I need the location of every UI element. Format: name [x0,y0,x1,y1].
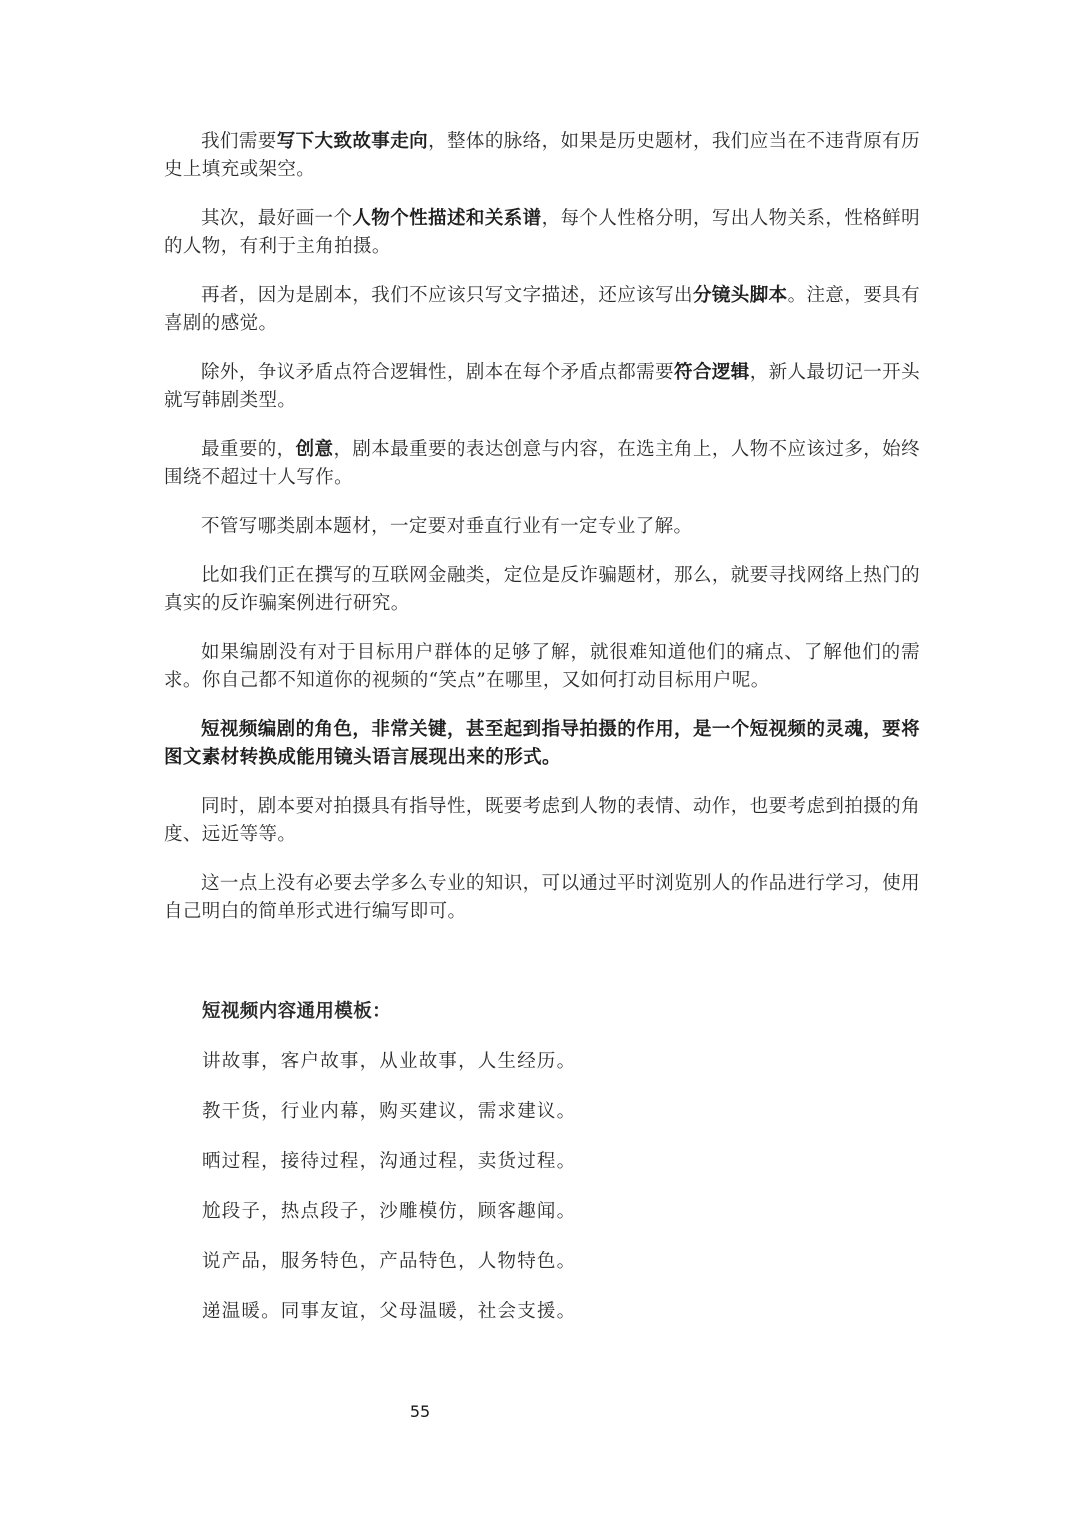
template-item-knowledge: 教干货，行业内幕，购买建议，需求建议。 [202,1098,802,1126]
emphasis-text: 人物个性描述和关系谱 [352,208,541,229]
template-section: 短视频内容通用模板： 讲故事，客户故事，从业故事，人生经历。 教干货，行业内幕，… [202,998,802,1348]
paragraph-shooting-guidance: 同时，剧本要对拍摄具有指导性，既要考虑到人物的表情、动作，也要考虑到拍摄的角度、… [164,793,920,849]
emphasis-text: 短视频编剧的角色，非常关键，甚至起到指导拍摄的作用，是一个短视频的灵魂，要将图文… [164,719,920,768]
text: 不管写哪类剧本题材，一定要对垂直行业有一定专业了解。 [201,516,692,537]
emphasis-text: 写下大致故事走向 [277,131,428,152]
paragraph-screenwriter-role: 短视频编剧的角色，非常关键，甚至起到指导拍摄的作用，是一个短视频的灵魂，要将图文… [164,716,920,772]
text: 我们需要 [201,131,277,152]
text: 除外，争议矛盾点符合逻辑性，剧本在每个矛盾点都需要 [201,362,674,383]
text: 如果编剧没有对于目标用户群体的足够了解，就很难知道他们的痛点、了解他们的需求。你… [164,642,920,691]
paragraph-creativity: 最重要的，创意，剧本最重要的表达创意与内容，在选主角上，人物不应该过多，始终围绕… [164,436,920,492]
text: 其次，最好画一个 [201,208,352,229]
text: 再者，因为是剧本，我们不应该只写文字描述，还应该写出 [201,285,693,306]
template-item-story: 讲故事，客户故事，从业故事，人生经历。 [202,1048,802,1076]
paragraph-story-direction: 我们需要写下大致故事走向，整体的脉络，如果是历史题材，我们应当在不违背原有历史上… [164,128,920,184]
page-number: 55 [400,1402,440,1421]
template-item-jokes: 尬段子，热点段子，沙雕模仿，顾客趣闻。 [202,1198,802,1226]
paragraph-target-users: 如果编剧没有对于目标用户群体的足够了解，就很难知道他们的痛点、了解他们的需求。你… [164,639,920,695]
emphasis-text: 分镜头脚本 [693,285,788,306]
template-title: 短视频内容通用模板： [202,998,802,1026]
paragraph-vertical-industry: 不管写哪类剧本题材，一定要对垂直行业有一定专业了解。 [164,513,920,541]
emphasis-text: 符合逻辑 [674,362,750,383]
template-item-product: 说产品，服务特色，产品特色，人物特色。 [202,1248,802,1276]
emphasis-text: 创意 [296,439,334,460]
paragraph-character-map: 其次，最好画一个人物个性描述和关系谱，每个人性格分明，写出人物关系，性格鲜明的人… [164,205,920,261]
template-item-warmth: 递温暖。同事友谊，父母温暖，社会支援。 [202,1298,802,1326]
text: 比如我们正在撰写的互联网金融类，定位是反诈骗题材，那么，就要寻找网络上热门的真实… [164,565,920,614]
paragraph-logic: 除外，争议矛盾点符合逻辑性，剧本在每个矛盾点都需要符合逻辑，新人最切记一开头就写… [164,359,920,415]
paragraph-storyboard-script: 再者，因为是剧本，我们不应该只写文字描述，还应该写出分镜头脚本。注意，要具有喜剧… [164,282,920,338]
text: 这一点上没有必要去学多么专业的知识，可以通过平时浏览别人的作品进行学习，使用自己… [164,873,920,922]
paragraph-anti-fraud-example: 比如我们正在撰写的互联网金融类，定位是反诈骗题材，那么，就要寻找网络上热门的真实… [164,562,920,618]
text: 最重要的， [201,439,296,460]
document-body: 我们需要写下大致故事走向，整体的脉络，如果是历史题材，我们应当在不违背原有历史上… [164,128,920,947]
text: 同时，剧本要对拍摄具有指导性，既要考虑到人物的表情、动作，也要考虑到拍摄的角度、… [164,796,920,845]
paragraph-learning-advice: 这一点上没有必要去学多么专业的知识，可以通过平时浏览别人的作品进行学习，使用自己… [164,870,920,926]
template-item-process: 晒过程，接待过程，沟通过程，卖货过程。 [202,1148,802,1176]
